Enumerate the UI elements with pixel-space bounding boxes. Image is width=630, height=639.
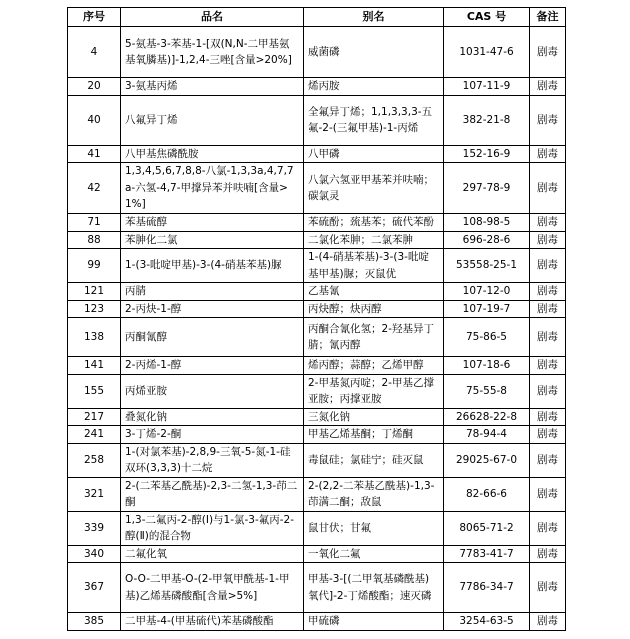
cell-name: 八甲基焦磷酰胺 [121,145,304,163]
cell-note: 剧毒 [530,78,566,96]
cell-cas: 107-18-6 [444,357,530,375]
cell-alias: 烯丙胺 [304,78,444,96]
cell-no: 121 [68,283,121,301]
cell-name: 1,3-二氟丙-2-醇(Ⅰ)与1-氯-3-氟丙-2-醇(Ⅱ)的混合物 [121,511,304,545]
cell-note: 剧毒 [530,318,566,357]
cell-note: 剧毒 [530,214,566,232]
cell-name: 叠氮化钠 [121,408,304,426]
cell-no: 88 [68,231,121,249]
cell-cas: 152-16-9 [444,145,530,163]
table-body: 45-氨基-3-苯基-1-[双(N,N-二甲基氨基氧膦基)]-1,2,4-三唑[… [68,27,566,631]
table-row: 41八甲基焦磷酰胺八甲磷152-16-9剧毒 [68,145,566,163]
cell-name: 5-氨基-3-苯基-1-[双(N,N-二甲基氨基氧膦基)]-1,2,4-三唑[含… [121,27,304,78]
cell-cas: 297-78-9 [444,163,530,214]
cell-name: 二氟化氧 [121,545,304,563]
cell-name: 二甲基-4-(甲基硫代)苯基磷酸酯 [121,613,304,631]
table-row: 3391,3-二氟丙-2-醇(Ⅰ)与1-氯-3-氟丙-2-醇(Ⅱ)的混合物鼠甘伏… [68,511,566,545]
cell-cas: 696-28-6 [444,231,530,249]
table-row: 385二甲基-4-(甲基硫代)苯基磷酸酯甲硫磷3254-63-5剧毒 [68,613,566,631]
cell-alias: 一氧化二氟 [304,545,444,563]
cell-note: 剧毒 [530,443,566,477]
cell-cas: 3254-63-5 [444,613,530,631]
cell-cas: 107-19-7 [444,300,530,318]
cell-no: 241 [68,426,121,444]
cell-no: 340 [68,545,121,563]
cell-name: 3-氨基丙烯 [121,78,304,96]
header-no: 序号 [68,8,121,27]
cell-no: 155 [68,374,121,408]
cell-name: 1-(对氯苯基)-2,8,9-三氧-5-氮-1-硅双环(3,3,3)十二烷 [121,443,304,477]
cell-alias: 八氯六氢亚甲基苯并呋喃；碳氯灵 [304,163,444,214]
table-row: 217叠氮化钠三氮化钠26628-22-8剧毒 [68,408,566,426]
cell-alias: 烯丙醇；蒜醇；乙烯甲醇 [304,357,444,375]
cell-alias: 乙基氰 [304,283,444,301]
cell-no: 20 [68,78,121,96]
cell-note: 剧毒 [530,231,566,249]
cell-no: 123 [68,300,121,318]
cell-name: 2-丙炔-1-醇 [121,300,304,318]
table-row: 421,3,4,5,6,7,8,8-八氯-1,3,3a,4,7,7a-六氢-4,… [68,163,566,214]
cell-cas: 107-12-0 [444,283,530,301]
cell-cas: 26628-22-8 [444,408,530,426]
cell-name: 3-丁烯-2-酮 [121,426,304,444]
cell-no: 138 [68,318,121,357]
cell-name: 丙腈 [121,283,304,301]
table-row: 138丙酮氰醇丙酮合氰化氢；2-羟基异丁腈；氰丙醇75-86-5剧毒 [68,318,566,357]
cell-note: 剧毒 [530,511,566,545]
cell-name: 苯基硫醇 [121,214,304,232]
cell-name: 八氟异丁烯 [121,95,304,145]
cell-cas: 75-55-8 [444,374,530,408]
cell-name: 2-丙烯-1-醇 [121,357,304,375]
cell-note: 剧毒 [530,145,566,163]
cell-cas: 53558-25-1 [444,249,530,283]
cell-alias: 苯硫酚；巯基苯；硫代苯酚 [304,214,444,232]
cell-alias: 甲基-3-[(二甲氧基磷酰基)氧代]-2-丁烯酸酯；速灭磷 [304,563,444,613]
cell-note: 剧毒 [530,545,566,563]
cell-alias: 甲硫磷 [304,613,444,631]
cell-no: 99 [68,249,121,283]
cell-cas: 7786-34-7 [444,563,530,613]
cell-name: 丙酮氰醇 [121,318,304,357]
table-row: 2581-(对氯苯基)-2,8,9-三氧-5-氮-1-硅双环(3,3,3)十二烷… [68,443,566,477]
cell-note: 剧毒 [530,95,566,145]
cell-alias: 全氟异丁烯；1,1,3,3,3-五氟-2-(三氟甲基)-1-丙烯 [304,95,444,145]
table-row: 367O-O-二甲基-O-(2-甲氧甲酰基-1-甲基)乙烯基磷酸酯[含量>5%]… [68,563,566,613]
cell-alias: 二氯化苯胂；二氯苯胂 [304,231,444,249]
cell-cas: 29025-67-0 [444,443,530,477]
chemical-table: 序号 品名 别名 CAS 号 备注 45-氨基-3-苯基-1-[双(N,N-二甲… [67,7,566,631]
cell-name: O-O-二甲基-O-(2-甲氧甲酰基-1-甲基)乙烯基磷酸酯[含量>5%] [121,563,304,613]
cell-alias: 1-(4-硝基苯基)-3-(3-吡啶基甲基)脲；灭鼠优 [304,249,444,283]
cell-cas: 107-11-9 [444,78,530,96]
cell-cas: 82-66-6 [444,477,530,511]
cell-name: 苯胂化二氯 [121,231,304,249]
cell-no: 217 [68,408,121,426]
cell-note: 剧毒 [530,283,566,301]
cell-note: 剧毒 [530,357,566,375]
cell-name: 1,3,4,5,6,7,8,8-八氯-1,3,3a,4,7,7a-六氢-4,7-… [121,163,304,214]
cell-alias: 2-(2,2-二苯基乙酰基)-1,3-茚满二酮；敌鼠 [304,477,444,511]
table-row: 121丙腈乙基氰107-12-0剧毒 [68,283,566,301]
cell-alias: 丙炔醇；炔丙醇 [304,300,444,318]
header-cas: CAS 号 [444,8,530,27]
cell-alias: 毒鼠硅；氯硅宁；硅灭鼠 [304,443,444,477]
cell-name: 1-(3-吡啶甲基)-3-(4-硝基苯基)脲 [121,249,304,283]
cell-note: 剧毒 [530,300,566,318]
cell-alias: 八甲磷 [304,145,444,163]
cell-no: 4 [68,27,121,78]
table-row: 155丙烯亚胺2-甲基氮丙啶；2-甲基乙撑亚胺；丙撑亚胺75-55-8剧毒 [68,374,566,408]
cell-note: 剧毒 [530,408,566,426]
cell-note: 剧毒 [530,163,566,214]
cell-no: 367 [68,563,121,613]
table-row: 45-氨基-3-苯基-1-[双(N,N-二甲基氨基氧膦基)]-1,2,4-三唑[… [68,27,566,78]
cell-alias: 2-甲基氮丙啶；2-甲基乙撑亚胺；丙撑亚胺 [304,374,444,408]
cell-alias: 威菌磷 [304,27,444,78]
header-alias: 别名 [304,8,444,27]
cell-alias: 三氮化钠 [304,408,444,426]
cell-no: 321 [68,477,121,511]
cell-no: 42 [68,163,121,214]
cell-cas: 382-21-8 [444,95,530,145]
cell-alias: 甲基乙烯基酮；丁烯酮 [304,426,444,444]
cell-cas: 75-86-5 [444,318,530,357]
header-name: 品名 [121,8,304,27]
table-row: 40八氟异丁烯全氟异丁烯；1,1,3,3,3-五氟-2-(三氟甲基)-1-丙烯3… [68,95,566,145]
cell-no: 385 [68,613,121,631]
cell-no: 258 [68,443,121,477]
cell-note: 剧毒 [530,477,566,511]
cell-no: 71 [68,214,121,232]
table-row: 71苯基硫醇苯硫酚；巯基苯；硫代苯酚108-98-5剧毒 [68,214,566,232]
table-row: 3212-(二苯基乙酰基)-2,3-二氢-1,3-茚二酮2-(2,2-二苯基乙酰… [68,477,566,511]
cell-no: 339 [68,511,121,545]
table-row: 203-氨基丙烯烯丙胺107-11-9剧毒 [68,78,566,96]
cell-note: 剧毒 [530,563,566,613]
cell-no: 40 [68,95,121,145]
table-row: 1412-丙烯-1-醇烯丙醇；蒜醇；乙烯甲醇107-18-6剧毒 [68,357,566,375]
cell-note: 剧毒 [530,27,566,78]
cell-no: 141 [68,357,121,375]
cell-cas: 78-94-4 [444,426,530,444]
table-header-row: 序号 品名 别名 CAS 号 备注 [68,8,566,27]
cell-note: 剧毒 [530,426,566,444]
cell-cas: 1031-47-6 [444,27,530,78]
table-row: 88苯胂化二氯二氯化苯胂；二氯苯胂696-28-6剧毒 [68,231,566,249]
table-row: 340二氟化氧一氧化二氟7783-41-7剧毒 [68,545,566,563]
cell-name: 丙烯亚胺 [121,374,304,408]
cell-cas: 8065-71-2 [444,511,530,545]
table-row: 991-(3-吡啶甲基)-3-(4-硝基苯基)脲1-(4-硝基苯基)-3-(3-… [68,249,566,283]
cell-note: 剧毒 [530,613,566,631]
cell-note: 剧毒 [530,249,566,283]
cell-note: 剧毒 [530,374,566,408]
table-row: 1232-丙炔-1-醇丙炔醇；炔丙醇107-19-7剧毒 [68,300,566,318]
cell-alias: 鼠甘伏；甘氟 [304,511,444,545]
cell-cas: 7783-41-7 [444,545,530,563]
cell-cas: 108-98-5 [444,214,530,232]
cell-alias: 丙酮合氰化氢；2-羟基异丁腈；氰丙醇 [304,318,444,357]
header-note: 备注 [530,8,566,27]
table-row: 2413-丁烯-2-酮甲基乙烯基酮；丁烯酮78-94-4剧毒 [68,426,566,444]
cell-name: 2-(二苯基乙酰基)-2,3-二氢-1,3-茚二酮 [121,477,304,511]
cell-no: 41 [68,145,121,163]
